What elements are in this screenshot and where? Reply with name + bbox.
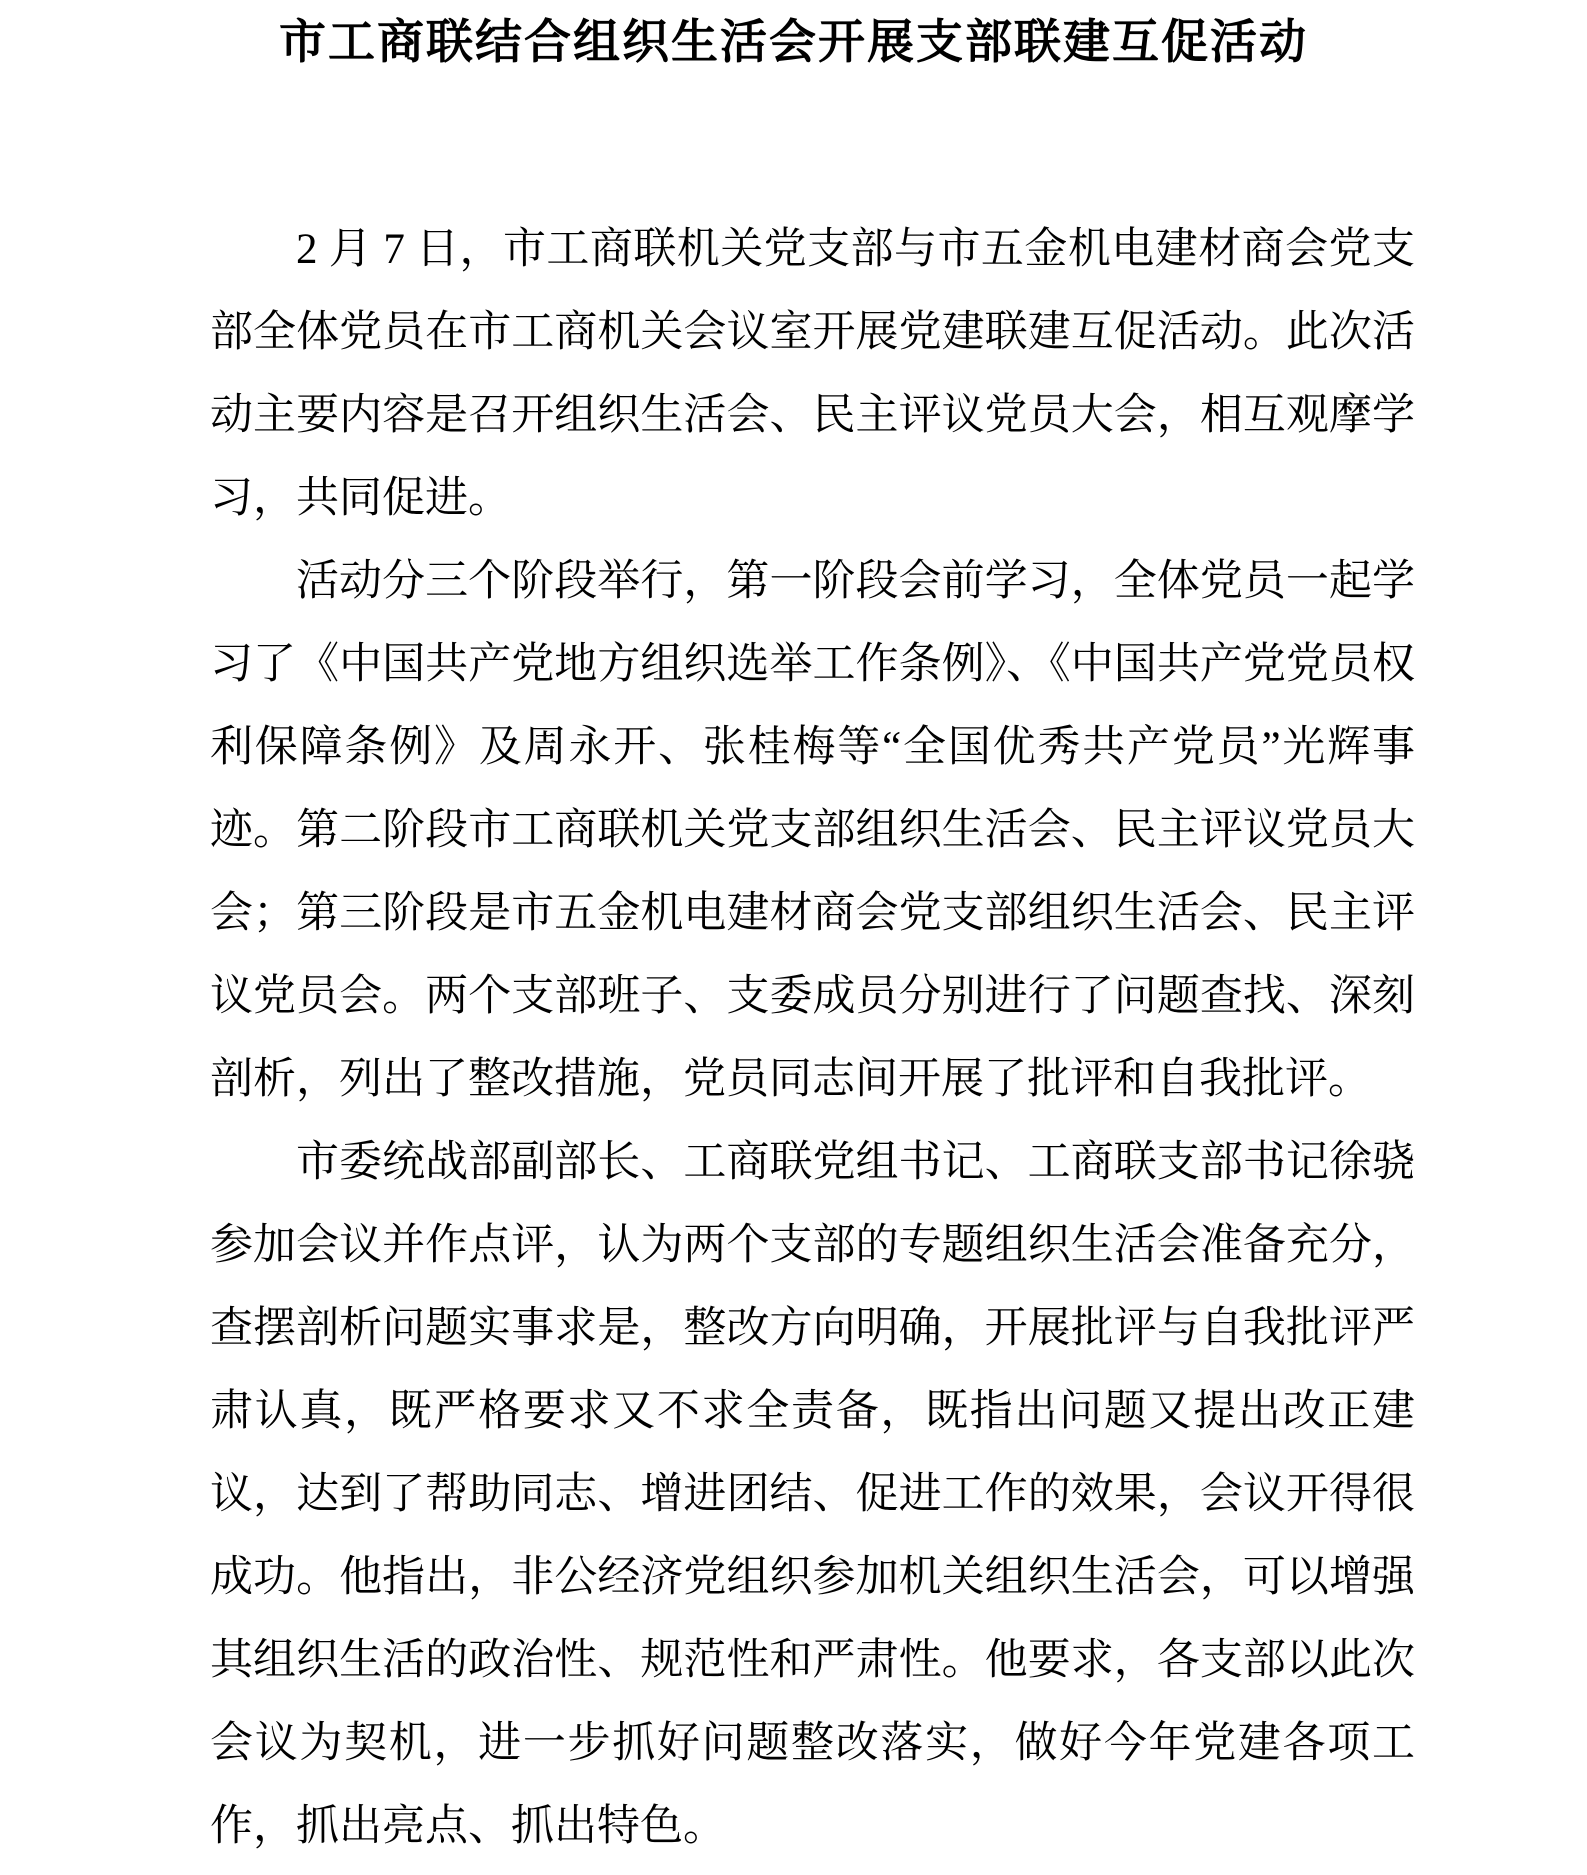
paragraph-intro: 2 月 7 日，市工商联机关党支部与市五金机电建材商会党支部全体党员在市工商机关… xyxy=(210,208,1415,540)
document-title: 市工商联结合组织生活会开展支部联建互促活动 xyxy=(0,0,1587,76)
document-page: 市工商联结合组织生活会开展支部联建互促活动 2 月 7 日，市工商联机关党支部与… xyxy=(0,0,1587,1875)
paragraph-leader-comments: 市委统战部副部长、工商联党组书记、工商联支部书记徐骁参加会议并作点评，认为两个支… xyxy=(210,1121,1415,1868)
paragraph-activity-stages: 活动分三个阶段举行，第一阶段会前学习，全体党员一起学习了《中国共产党地方组织选举… xyxy=(210,540,1415,1121)
document-body: 2 月 7 日，市工商联机关党支部与市五金机电建材商会党支部全体党员在市工商机关… xyxy=(0,76,1587,1868)
